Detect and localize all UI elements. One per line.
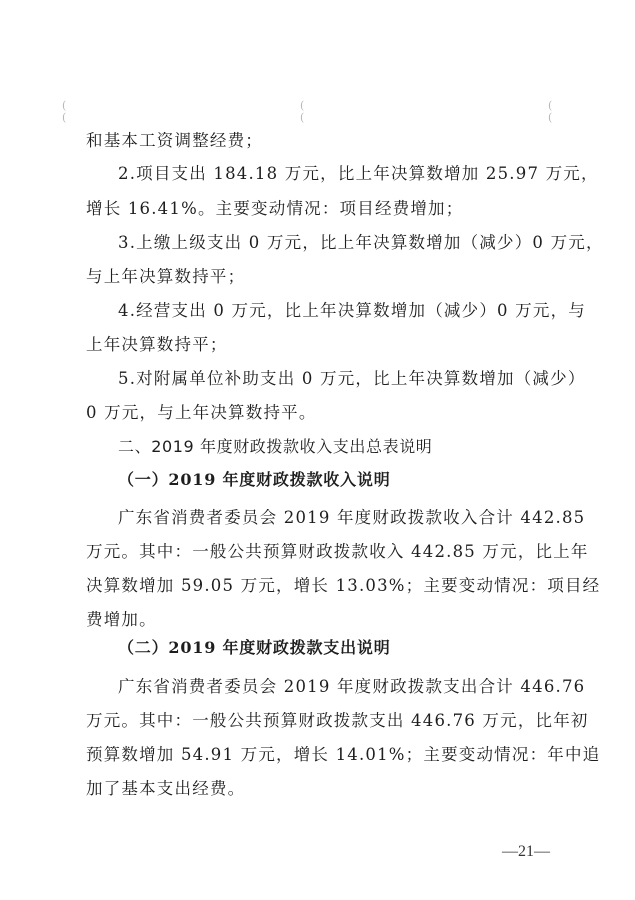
paragraph-line: 广东省消费者委员会 2019 年度财政拨款支出合计 446.76 — [118, 677, 585, 697]
paragraph-line: 上年决算数持平； — [86, 335, 228, 355]
subsection-heading: （一）2019 年度财政拨款收入说明 — [118, 470, 391, 490]
paragraph-line: 增长 16.41%。主要变动情况：项目经费增加； — [86, 199, 463, 219]
paragraph-line: 万元。其中：一般公共预算财政拨款支出 446.76 万元，比年初 — [86, 711, 589, 731]
binding-mark: (( — [62, 100, 66, 124]
binding-mark: (( — [300, 100, 304, 124]
binding-mark: (( — [548, 100, 552, 124]
paragraph-line: 广东省消费者委员会 2019 年度财政拨款收入合计 442.85 — [118, 508, 585, 528]
paragraph-line: 预算数增加 54.91 万元，增长 14.01%；主要变动情况：年中追 — [86, 745, 600, 765]
section-heading: 二、2019 年度财政拨款收入支出总表说明 — [118, 437, 432, 457]
paragraph-line: 与上年决算数持平； — [86, 267, 245, 287]
paragraph-line: 3.上缴上级支出 0 万元，比上年决算数增加（减少）0 万元， — [118, 233, 604, 253]
paragraph-line: 费增加。 — [86, 610, 157, 630]
paragraph-line: 和基本工资调整经费； — [86, 131, 263, 151]
subsection-heading: （二）2019 年度财政拨款支出说明 — [118, 638, 391, 658]
paragraph-line: 5.对附属单位补助支出 0 万元，比上年决算数增加（减少） — [118, 369, 586, 389]
paragraph-line: 0 万元，与上年决算数持平。 — [86, 403, 317, 423]
paragraph-line: 加了基本支出经费。 — [86, 779, 245, 799]
paragraph-line: 4.经营支出 0 万元，比上年决算数增加（减少）0 万元，与 — [118, 301, 586, 321]
paragraph-line: 决算数增加 59.05 万元，增长 13.03%；主要变动情况：项目经 — [86, 576, 600, 596]
paragraph-line: 2.项目支出 184.18 万元，比上年决算数增加 25.97 万元， — [118, 164, 599, 184]
page-number: —21— — [502, 843, 550, 861]
paragraph-line: 万元。其中：一般公共预算财政拨款收入 442.85 万元，比上年 — [86, 542, 589, 562]
